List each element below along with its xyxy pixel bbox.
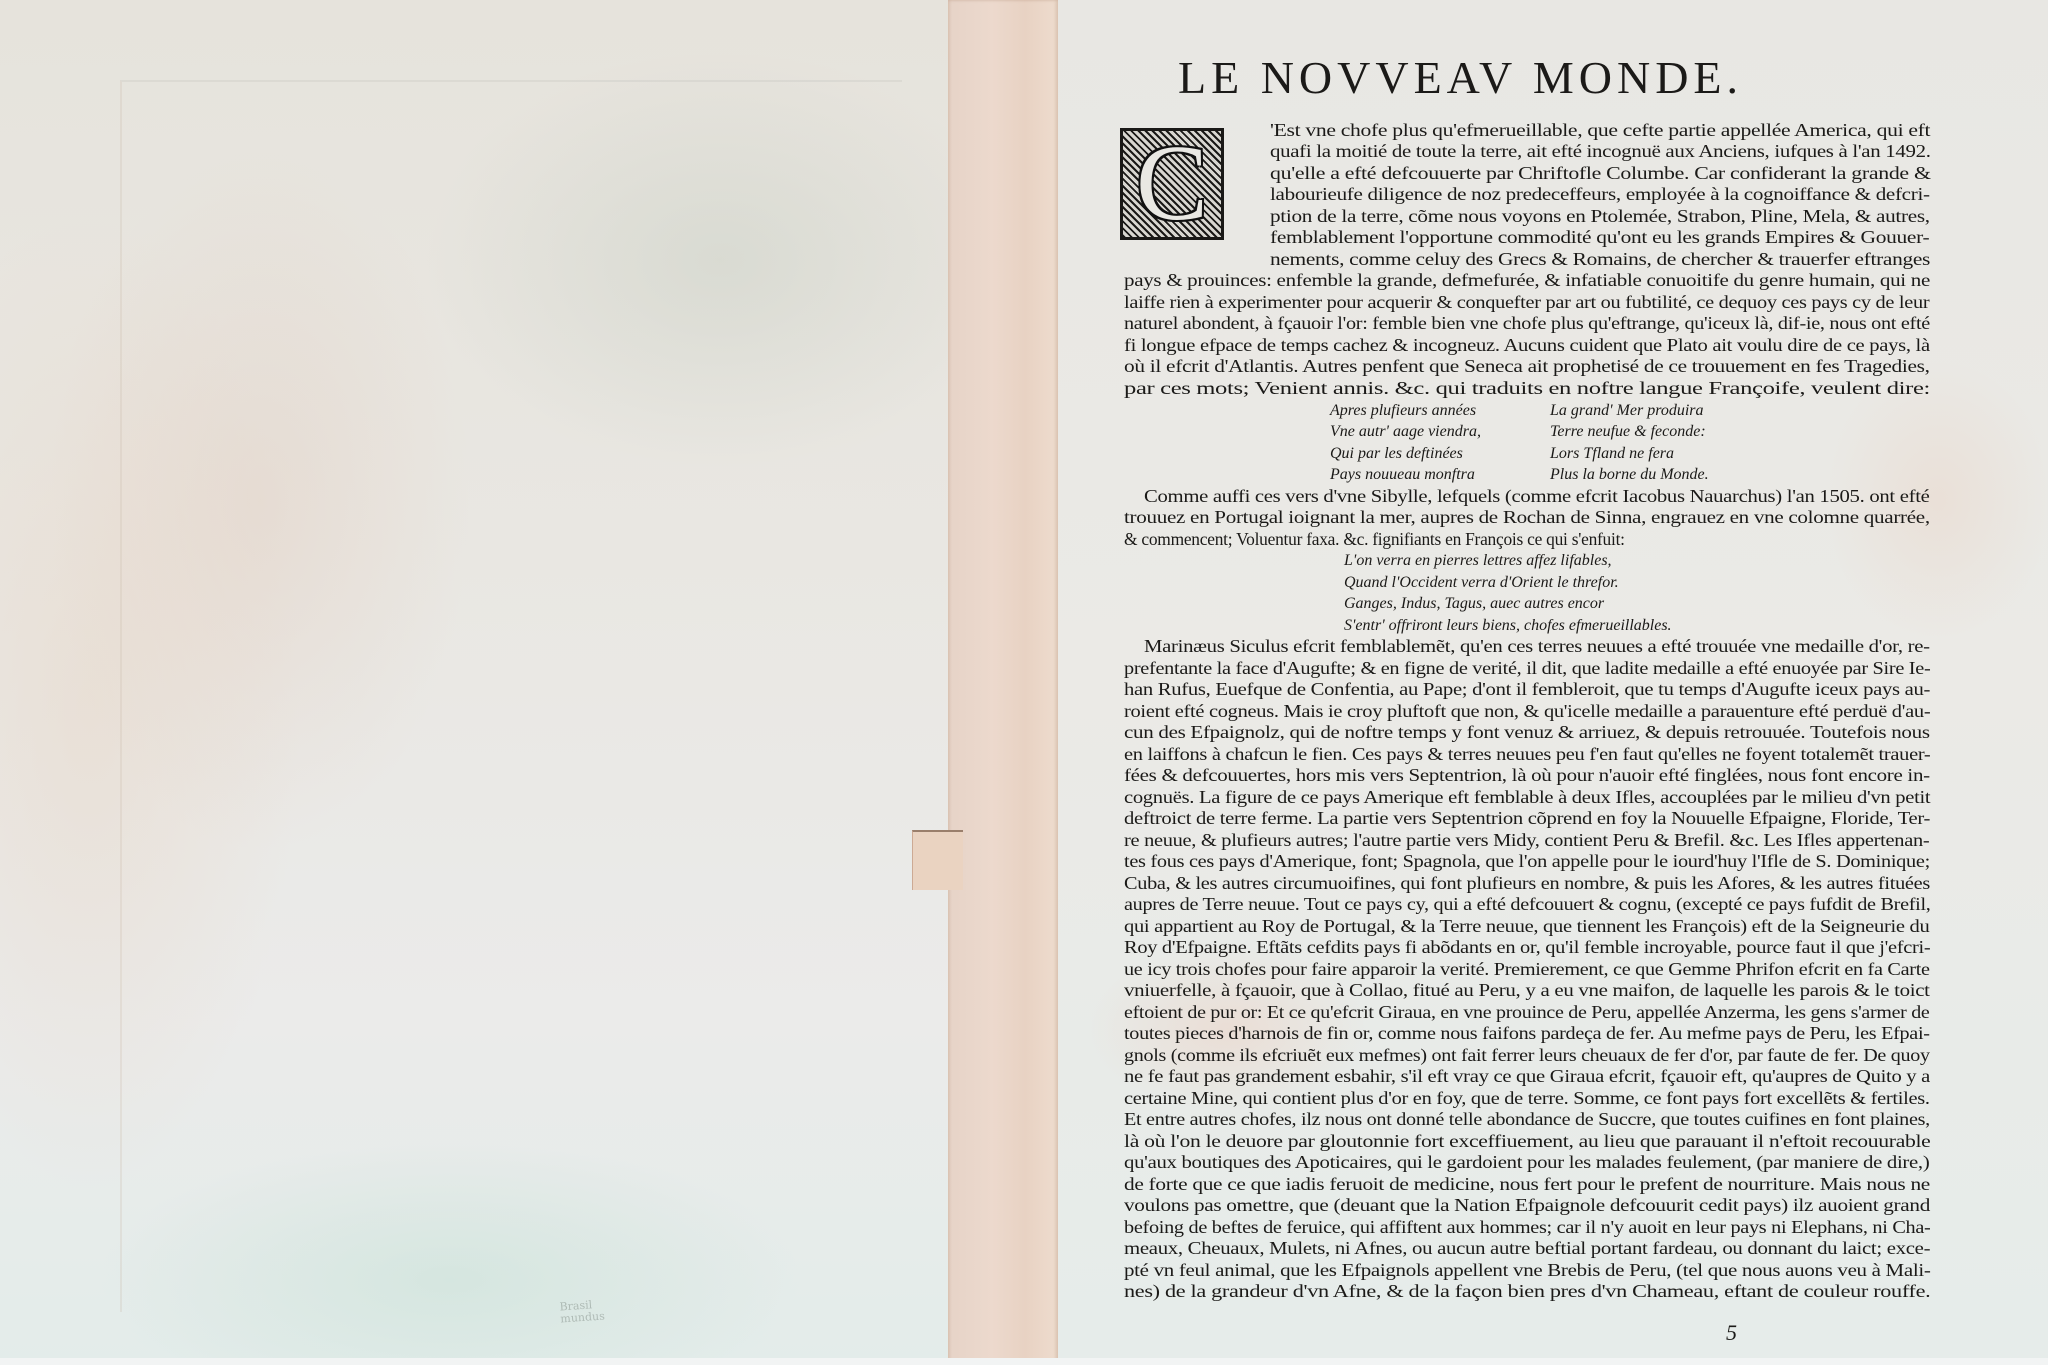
verse-line: S'entr' offriront leurs biens, chofes ef… <box>1344 615 1672 636</box>
text-line: befoing de beftes de feruice, qui affift… <box>1124 1217 1930 1238</box>
text-line: vniuerfelle, à fçauoir, que à Collao, fi… <box>1124 980 1930 1001</box>
text-line: Comme auffi ces vers d'vne Sibylle, lefq… <box>1144 486 1930 507</box>
text-line: naturel abondent, à fçauoir l'or: femble… <box>1124 313 1930 334</box>
text-line: certaine Mine, qui contient plus d'or en… <box>1124 1088 1930 1109</box>
text-line: toutes pieces d'harnois de fin or, comme… <box>1124 1023 1930 1044</box>
text-line: & commencent; Voluentur faxa. &c. fignif… <box>1124 529 1625 550</box>
text-line: 'Est vne chofe plus qu'efmerueillable, q… <box>1270 120 1930 141</box>
text-line: nements, comme celuy des Grecs & Romains… <box>1270 249 1930 270</box>
gutter-repair-strip <box>948 0 1058 1365</box>
text-line: re neuue, & plufieurs autres; l'autre pa… <box>1124 830 1929 851</box>
verse-line: La grand' Mer produira <box>1550 400 1704 421</box>
decorated-initial: C <box>1120 128 1224 240</box>
page-number: 5 <box>1726 1320 1737 1346</box>
text-line: par ces mots; Venient annis. &c. qui tra… <box>1124 378 1930 399</box>
verse-line: Vne autr' aage viendra, <box>1330 421 1481 442</box>
text-line: nes) de la grandeur d'vn Afne, & de la f… <box>1124 1281 1930 1302</box>
text-line: qu'aux boutiques des Apoticaires, qui le… <box>1124 1152 1929 1173</box>
text-line: cun des Efpaignolz, qui de noftre temps … <box>1124 722 1930 743</box>
text-line: eftoient de pur or: Et ce qu'efcrit Gira… <box>1124 1002 1930 1023</box>
text-line: laiffe rien à experimenter pour acquerir… <box>1124 292 1929 313</box>
verse-line: L'on verra en pierres lettres affez lifa… <box>1344 550 1612 571</box>
map-show-through-frame <box>120 80 902 1312</box>
text-line: Cuba, & les autres circumuoifines, qui f… <box>1124 873 1930 894</box>
text-line: tes fous ces pays d'Amerique, font; Spag… <box>1124 851 1930 872</box>
text-line: Marinæus Siculus efcrit femblablemẽt, qu… <box>1144 636 1930 657</box>
left-page-verso: Brasil mundus <box>0 0 960 1365</box>
text-line: trouuez en Portugal ioignant la mer, aup… <box>1124 507 1930 528</box>
text-line: meaux, Cheuaux, Mulets, ni Afnes, ou auc… <box>1124 1238 1930 1259</box>
text-line: de forte que ce que iadis feruoit de med… <box>1124 1174 1930 1195</box>
text-line: ue icy trois chofes pour faire apparoir … <box>1124 959 1930 980</box>
text-line: roient efté cogneus. Mais ie croy plufto… <box>1124 701 1930 722</box>
text-line: gnols (comme ils efcriuẽt eux mefmes) on… <box>1124 1045 1930 1066</box>
text-line: qu'elle a efté defcouuerte par Chriftofl… <box>1270 163 1931 184</box>
text-line: labourieufe diligence de noz predeceffeu… <box>1270 184 1930 205</box>
verse-line: Qui par les deftinées <box>1330 443 1463 464</box>
text-line: voulons pas omettre, que (deuant que la … <box>1124 1195 1930 1216</box>
text-line: pays & prouinces: enfemble la grande, de… <box>1124 270 1930 291</box>
page-bottom-edge <box>0 1358 2048 1365</box>
paper-repair-tab <box>912 830 963 890</box>
text-line: cognuës. La figure de ce pays Amerique e… <box>1124 787 1930 808</box>
text-line: en laiffons à chafcun le fien. Ces pays … <box>1124 744 1930 765</box>
drop-cap-letter: C <box>1123 131 1221 237</box>
verse-line: Lors Tfland ne fera <box>1550 443 1674 464</box>
text-line: fées & defcouuertes, hors mis vers Septe… <box>1124 765 1930 786</box>
text-line: aupres de Terre neuue. Tout ce pays cy, … <box>1124 894 1931 915</box>
text-line: quafi la moitié de toute la terre, ait e… <box>1270 141 1931 162</box>
text-line: ption de la terre, cõme nous voyons en P… <box>1270 206 1930 227</box>
verse-line: Apres plufieurs années <box>1330 400 1476 421</box>
text-line: pté vn feul animal, que les Efpaignols a… <box>1124 1260 1931 1281</box>
text-line: où il efcrit d'Atlantis. Autres penfent … <box>1124 356 1930 377</box>
page-title: LE NOVVEAV MONDE. <box>1178 52 1743 104</box>
right-page-recto: LE NOVVEAV MONDE. C 'Est vne chofe plus … <box>1058 0 2048 1365</box>
verse-line: Terre neufue & feconde: <box>1550 421 1706 442</box>
text-line: deftroict de terre ferme. La partie vers… <box>1124 808 1930 829</box>
verse-line: Plus la borne du Monde. <box>1550 464 1709 485</box>
text-line: fi longue efpace de temps cachez & incog… <box>1124 335 1930 356</box>
text-line: Roy d'Efpaigne. Eftãts cefdits pays fi a… <box>1124 937 1930 958</box>
text-line: femblablement l'opportune commodité qu'o… <box>1270 227 1929 248</box>
text-line: prefentante la face d'Augufte; & en fign… <box>1124 658 1930 679</box>
map-show-through-label: Brasil mundus <box>559 1298 605 1325</box>
book-spread: Brasil mundus LE NOVVEAV MONDE. C 'Est v… <box>0 0 2048 1365</box>
text-line: ne fe faut pas grandement esbahir, s'il … <box>1124 1066 1930 1087</box>
verse-line: Pays nouueau monftra <box>1330 464 1475 485</box>
verse-line: Ganges, Indus, Tagus, auec autres encor <box>1344 593 1604 614</box>
text-line: han Rufus, Euefque de Confentia, au Pape… <box>1124 679 1930 700</box>
text-line: là où l'on le deuore par gloutonnie fort… <box>1124 1131 1930 1152</box>
verse-line: Quand l'Occident verra d'Orient le thref… <box>1344 572 1619 593</box>
text-line: Et entre autres chofes, ilz nous ont don… <box>1124 1109 1930 1130</box>
text-line: qui appartient au Roy de Portugal, & la … <box>1124 916 1929 937</box>
